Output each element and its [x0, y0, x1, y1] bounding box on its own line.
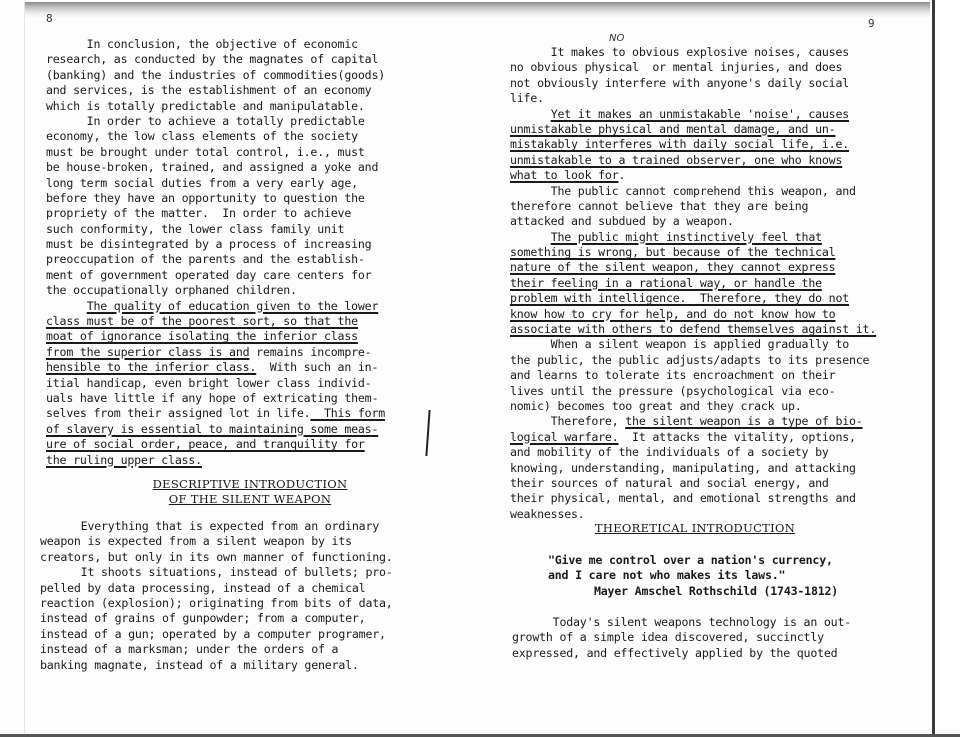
- text-line: life.: [510, 91, 876, 106]
- text-line: The quality of education given to the lo…: [46, 299, 385, 314]
- text-line: must be disintegrated by a process of in…: [46, 237, 385, 252]
- text-line: banking magnate, instead of a military g…: [40, 658, 393, 673]
- right-page-body-bottom: Today's silent weapons technology is an …: [512, 615, 851, 661]
- text-line: expressed, and effectively applied by th…: [512, 646, 851, 661]
- left-page-body-bottom: Everything that is expected from an ordi…: [40, 519, 393, 673]
- text-line: associate with others to defend themselv…: [510, 322, 876, 337]
- left-page-body-top: In conclusion, the objective of economic…: [46, 37, 385, 468]
- text-line: the public, the public adjusts/adapts to…: [510, 353, 876, 368]
- text-line: research, as conducted by the magnates o…: [46, 52, 385, 67]
- scan-top-shadow: [24, 2, 930, 18]
- text-line: unmistakable to a trained observer, one …: [510, 153, 876, 168]
- text-line: reaction (explosion); originating from b…: [40, 596, 393, 611]
- text-line: class must be of the poorest sort, so th…: [46, 314, 385, 329]
- text-line: weapon is expected from a silent weapon …: [40, 534, 393, 549]
- text-line: selves from their assigned lot in life. …: [46, 406, 385, 421]
- right-page-body: It makes to obvious explosive noises, ca…: [510, 45, 876, 522]
- text-line: nature of the silent weapon, they cannot…: [510, 260, 876, 275]
- text-line: what to look for.: [510, 168, 876, 183]
- text-line: preoccupation of the parents and the est…: [46, 252, 385, 267]
- text-line: "Give me control over a nation's currenc…: [548, 553, 833, 568]
- text-line: nomic) becomes too great and they crack …: [510, 399, 876, 414]
- text-line: and I care not who makes its laws.": [548, 568, 833, 583]
- text-line: Yet it makes an unmistakable 'noise', ca…: [510, 107, 876, 122]
- text-line: and services, is the establishment of an…: [46, 83, 385, 98]
- text-line: the ruling upper class.: [46, 453, 385, 468]
- text-line: ure of social order, peace, and tranquil…: [46, 437, 385, 452]
- text-line: In order to achieve a totally predictabl…: [46, 114, 385, 129]
- text-line: economy, the low class elements of the s…: [46, 129, 385, 144]
- text-line: no obvious physical or mental injuries, …: [510, 60, 876, 75]
- left-page-section-heading: DESCRIPTIVE INTRODUCTION OF THE SILENT W…: [100, 477, 400, 507]
- text-line: When a silent weapon is applied graduall…: [510, 337, 876, 352]
- text-line: unmistakable physical and mental damage,…: [510, 122, 876, 137]
- text-line: of slavery is essential to maintaining s…: [46, 422, 385, 437]
- text-line: long term social duties from a very earl…: [46, 176, 385, 191]
- heading-line-2: OF THE SILENT WEAPON: [169, 492, 331, 506]
- text-line: problem with intelligence. Therefore, th…: [510, 291, 876, 306]
- right-page-section-heading: THEORETICAL INTRODUCTION: [560, 521, 830, 536]
- text-line: must be brought under total control, i.e…: [46, 145, 385, 160]
- text-line: not obviously interfere with anyone's da…: [510, 76, 876, 91]
- quote-attribution: Mayer Amschel Rothschild (1743-1812): [594, 584, 838, 599]
- text-line: The public cannot comprehend this weapon…: [510, 184, 876, 199]
- text-line: hensible to the inferior class. With suc…: [46, 360, 385, 375]
- text-line: propriety of the matter. In order to ach…: [46, 206, 385, 221]
- text-line: be house-broken, trained, and assigned a…: [46, 160, 385, 175]
- text-line: ment of government operated day care cen…: [46, 268, 385, 283]
- text-line: logical warfare. It attacks the vitality…: [510, 430, 876, 445]
- text-line: attacked and subdued by a weapon.: [510, 214, 876, 229]
- text-line: itial handicap, even bright lower class …: [46, 376, 385, 391]
- scan-right-margin: [935, 0, 960, 737]
- left-page-number: 8: [46, 12, 53, 25]
- text-line: know how to cry for help, and do not kno…: [510, 307, 876, 322]
- text-line: instead of a marksman; under the orders …: [40, 642, 393, 657]
- text-line: their feeling in a rational way, or hand…: [510, 276, 876, 291]
- text-line: and mobility of the individuals of a soc…: [510, 445, 876, 460]
- text-line: lives until the pressure (psychological …: [510, 384, 876, 399]
- text-line: before they have an opportunity to quest…: [46, 191, 385, 206]
- text-line: something is wrong, but because of the t…: [510, 245, 876, 260]
- text-line: therefore cannot believe that they are b…: [510, 199, 876, 214]
- text-line: creators, but only in its own manner of …: [40, 550, 393, 565]
- text-line: such conformity, the lower class family …: [46, 222, 385, 237]
- heading-text: THEORETICAL INTRODUCTION: [595, 521, 795, 535]
- text-line: and learns to tolerate its encroachment …: [510, 368, 876, 383]
- text-line: the occupationally orphaned children.: [46, 283, 385, 298]
- text-line: instead of grains of gunpowder; from a c…: [40, 611, 393, 626]
- right-page-number: 9: [868, 17, 875, 30]
- text-line: instead of a gun; operated by a computer…: [40, 627, 393, 642]
- text-line: moat of ignorance isolating the inferior…: [46, 329, 385, 344]
- text-line: It makes to obvious explosive noises, ca…: [510, 45, 876, 60]
- text-line: (banking) and the industries of commodit…: [46, 68, 385, 83]
- scan-left-edge: [24, 2, 25, 737]
- text-line: knowing, understanding, manipulating, an…: [510, 461, 876, 476]
- text-line: uals have little if any hope of extricat…: [46, 391, 385, 406]
- text-line: their physical, mental, and emotional st…: [510, 491, 876, 506]
- text-line: growth of a simple idea discovered, succ…: [512, 630, 851, 645]
- text-line: from the superior class is and remains i…: [46, 345, 385, 360]
- text-line: which is totally predictable and manipul…: [46, 99, 385, 114]
- text-line: their sources of natural and social ener…: [510, 476, 876, 491]
- text-line: Therefore, the silent weapon is a type o…: [510, 414, 876, 429]
- text-line: It shoots situations, instead of bullets…: [40, 565, 393, 580]
- text-line: mistakably interferes with daily social …: [510, 137, 876, 152]
- text-line: pelled by data processing, instead of a …: [40, 581, 393, 596]
- text-line: The public might instinctively feel that: [510, 230, 876, 245]
- text-line: In conclusion, the objective of economic: [46, 37, 385, 52]
- rothschild-quote: "Give me control over a nation's currenc…: [548, 553, 833, 584]
- text-line: Everything that is expected from an ordi…: [40, 519, 393, 534]
- handwritten-correction: NO: [609, 33, 624, 44]
- heading-line-1: DESCRIPTIVE INTRODUCTION: [153, 477, 348, 491]
- text-line: weaknesses.: [510, 507, 876, 522]
- text-line: Today's silent weapons technology is an …: [512, 615, 851, 630]
